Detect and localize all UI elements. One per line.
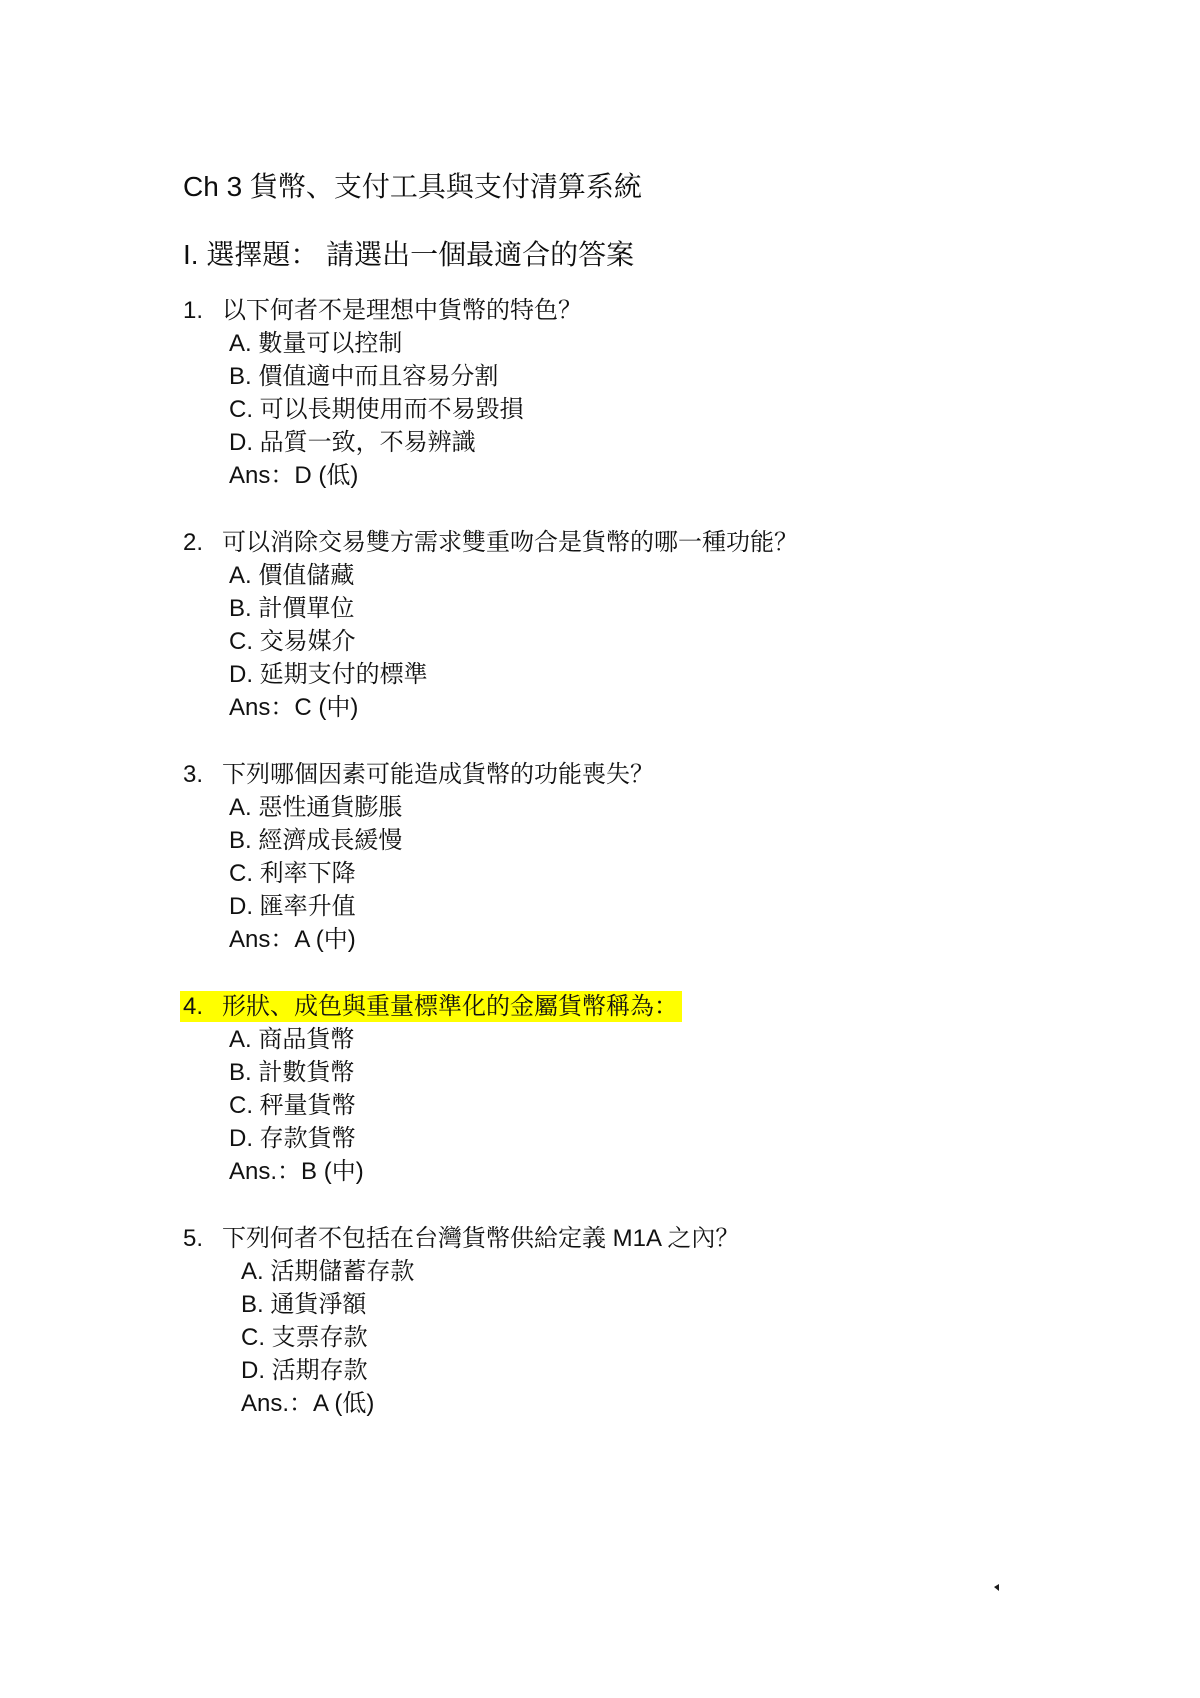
question-5-stem-text: 下列何者不包括在台灣貨幣供給定義 M1A 之內？ [222,1225,739,1252]
question-1-option-d: D. 品質一致，不易辨識 [229,426,1200,459]
option-label: B. [229,827,252,854]
question-4-answer: Ans.：B (中) [229,1155,1200,1188]
question-1-stem-wrap: 1.以下何者不是理想中貨幣的特色？ [183,297,582,324]
option-text: 品質一致，不易辨識 [260,429,476,456]
option-label: D. [229,893,253,920]
option-text: 惡性通貨膨脹 [258,794,402,821]
option-text: 支票存款 [272,1324,368,1351]
question-5-option-c: C. 支票存款 [241,1321,1200,1354]
question-4-body: A. 商品貨幣 B. 計數貨幣 C. 秤量貨幣 D. 存款貨幣 Ans.：B (… [229,1023,1200,1188]
option-text: 秤量貨幣 [260,1092,356,1119]
question-5-answer: Ans.：A (低) [241,1387,1200,1420]
option-label: A. [229,330,252,357]
question-5-body: A. 活期儲蓄存款 B. 通貨淨額 C. 支票存款 D. 活期存款 Ans.：A… [241,1255,1200,1420]
question-3-option-c: C. 利率下降 [229,857,1200,890]
scan-artifact-mark [994,1584,999,1591]
question-2-answer: Ans：C (中) [229,691,1200,724]
question-4-option-d: D. 存款貨幣 [229,1122,1200,1155]
question-2-stem-wrap: 2.可以消除交易雙方需求雙重吻合是貨幣的哪一種功能？ [183,529,798,556]
option-label: D. [229,429,253,456]
question-4-stem-text: 形狀、成色與重量標準化的金屬貨幣稱為： [222,993,678,1020]
question-2-number: 2. [183,526,222,559]
question-1-stem-line: 1.以下何者不是理想中貨幣的特色？ [183,294,1200,327]
question-5-option-b: B. 通貨淨額 [241,1288,1200,1321]
question-5-stem-line: 5.下列何者不包括在台灣貨幣供給定義 M1A 之內？ [183,1222,1200,1255]
option-label: C. [229,396,253,423]
question-3-stem-line: 3.下列哪個因素可能造成貨幣的功能喪失？ [183,758,1200,791]
option-label: C. [229,628,253,655]
question-2-option-a: A. 價值儲藏 [229,559,1200,592]
question-4-stem-line: 4.形狀、成色與重量標準化的金屬貨幣稱為： [183,990,1200,1023]
option-label: A. [241,1258,264,1285]
question-3-option-d: D. 匯率升值 [229,890,1200,923]
question-5: 5.下列何者不包括在台灣貨幣供給定義 M1A 之內？ A. 活期儲蓄存款 B. … [183,1222,1200,1420]
option-label: C. [229,860,253,887]
option-label: B. [229,1059,252,1086]
question-3-body: A. 惡性通貨膨脹 B. 經濟成長緩慢 C. 利率下降 D. 匯率升值 Ans：… [229,791,1200,956]
question-2-option-b: B. 計價單位 [229,592,1200,625]
option-label: B. [241,1291,264,1318]
option-text: 活期儲蓄存款 [270,1258,414,1285]
question-4-number: 4. [183,990,222,1023]
question-3-stem-text: 下列哪個因素可能造成貨幣的功能喪失？ [222,761,654,788]
question-1-option-b: B. 價值適中而且容易分割 [229,360,1200,393]
section-heading: I. 選擇題： 請選出一個最適合的答案 [183,238,1200,272]
option-label: B. [229,363,252,390]
question-3-option-a: A. 惡性通貨膨脹 [229,791,1200,824]
option-text: 計數貨幣 [258,1059,354,1086]
question-2-stem-text: 可以消除交易雙方需求雙重吻合是貨幣的哪一種功能？ [222,529,798,556]
question-1-stem-text: 以下何者不是理想中貨幣的特色？ [222,297,582,324]
question-3-stem-wrap: 3.下列哪個因素可能造成貨幣的功能喪失？ [183,761,654,788]
question-1-option-c: C. 可以長期使用而不易毀損 [229,393,1200,426]
question-4-option-b: B. 計數貨幣 [229,1056,1200,1089]
question-2-option-d: D. 延期支付的標準 [229,658,1200,691]
option-label: C. [229,1092,253,1119]
question-4-option-c: C. 秤量貨幣 [229,1089,1200,1122]
question-1: 1.以下何者不是理想中貨幣的特色？ A. 數量可以控制 B. 價值適中而且容易分… [183,294,1200,492]
question-4-option-a: A. 商品貨幣 [229,1023,1200,1056]
option-text: 存款貨幣 [260,1125,356,1152]
question-1-body: A. 數量可以控制 B. 價值適中而且容易分割 C. 可以長期使用而不易毀損 D… [229,327,1200,492]
question-3-option-b: B. 經濟成長緩慢 [229,824,1200,857]
option-text: 經濟成長緩慢 [258,827,402,854]
question-3-answer: Ans：A (中) [229,923,1200,956]
question-3: 3.下列哪個因素可能造成貨幣的功能喪失？ A. 惡性通貨膨脹 B. 經濟成長緩慢… [183,758,1200,956]
chapter-title: Ch 3 貨幣、支付工具與支付清算系統 [183,170,1200,204]
option-text: 匯率升值 [260,893,356,920]
question-2-stem-line: 2.可以消除交易雙方需求雙重吻合是貨幣的哪一種功能？ [183,526,1200,559]
option-text: 可以長期使用而不易毀損 [260,396,524,423]
option-text: 計價單位 [258,595,354,622]
question-1-answer: Ans：D (低) [229,459,1200,492]
option-label: C. [241,1324,265,1351]
option-text: 利率下降 [260,860,356,887]
question-2-body: A. 價值儲藏 B. 計價單位 C. 交易媒介 D. 延期支付的標準 Ans：C… [229,559,1200,724]
option-text: 價值適中而且容易分割 [258,363,498,390]
option-label: B. [229,595,252,622]
option-text: 交易媒介 [260,628,356,655]
question-5-option-d: D. 活期存款 [241,1354,1200,1387]
option-text: 通貨淨額 [270,1291,366,1318]
option-label: D. [229,661,253,688]
option-text: 延期支付的標準 [260,661,428,688]
question-5-option-a: A. 活期儲蓄存款 [241,1255,1200,1288]
question-1-option-a: A. 數量可以控制 [229,327,1200,360]
question-3-number: 3. [183,758,222,791]
option-text: 活期存款 [272,1357,368,1384]
option-label: D. [229,1125,253,1152]
document-page: Ch 3 貨幣、支付工具與支付清算系統 I. 選擇題： 請選出一個最適合的答案 … [0,0,1200,1698]
question-2: 2.可以消除交易雙方需求雙重吻合是貨幣的哪一種功能？ A. 價值儲藏 B. 計價… [183,526,1200,724]
option-label: D. [241,1357,265,1384]
option-text: 價值儲藏 [258,562,354,589]
question-1-number: 1. [183,294,222,327]
question-2-option-c: C. 交易媒介 [229,625,1200,658]
question-4-stem-highlight: 4.形狀、成色與重量標準化的金屬貨幣稱為： [180,991,682,1022]
question-4: 4.形狀、成色與重量標準化的金屬貨幣稱為： A. 商品貨幣 B. 計數貨幣 C.… [183,990,1200,1188]
option-label: A. [229,1026,252,1053]
option-text: 數量可以控制 [258,330,402,357]
question-5-number: 5. [183,1222,222,1255]
question-5-stem-wrap: 5.下列何者不包括在台灣貨幣供給定義 M1A 之內？ [183,1225,739,1252]
option-label: A. [229,562,252,589]
option-text: 商品貨幣 [258,1026,354,1053]
option-label: A. [229,794,252,821]
